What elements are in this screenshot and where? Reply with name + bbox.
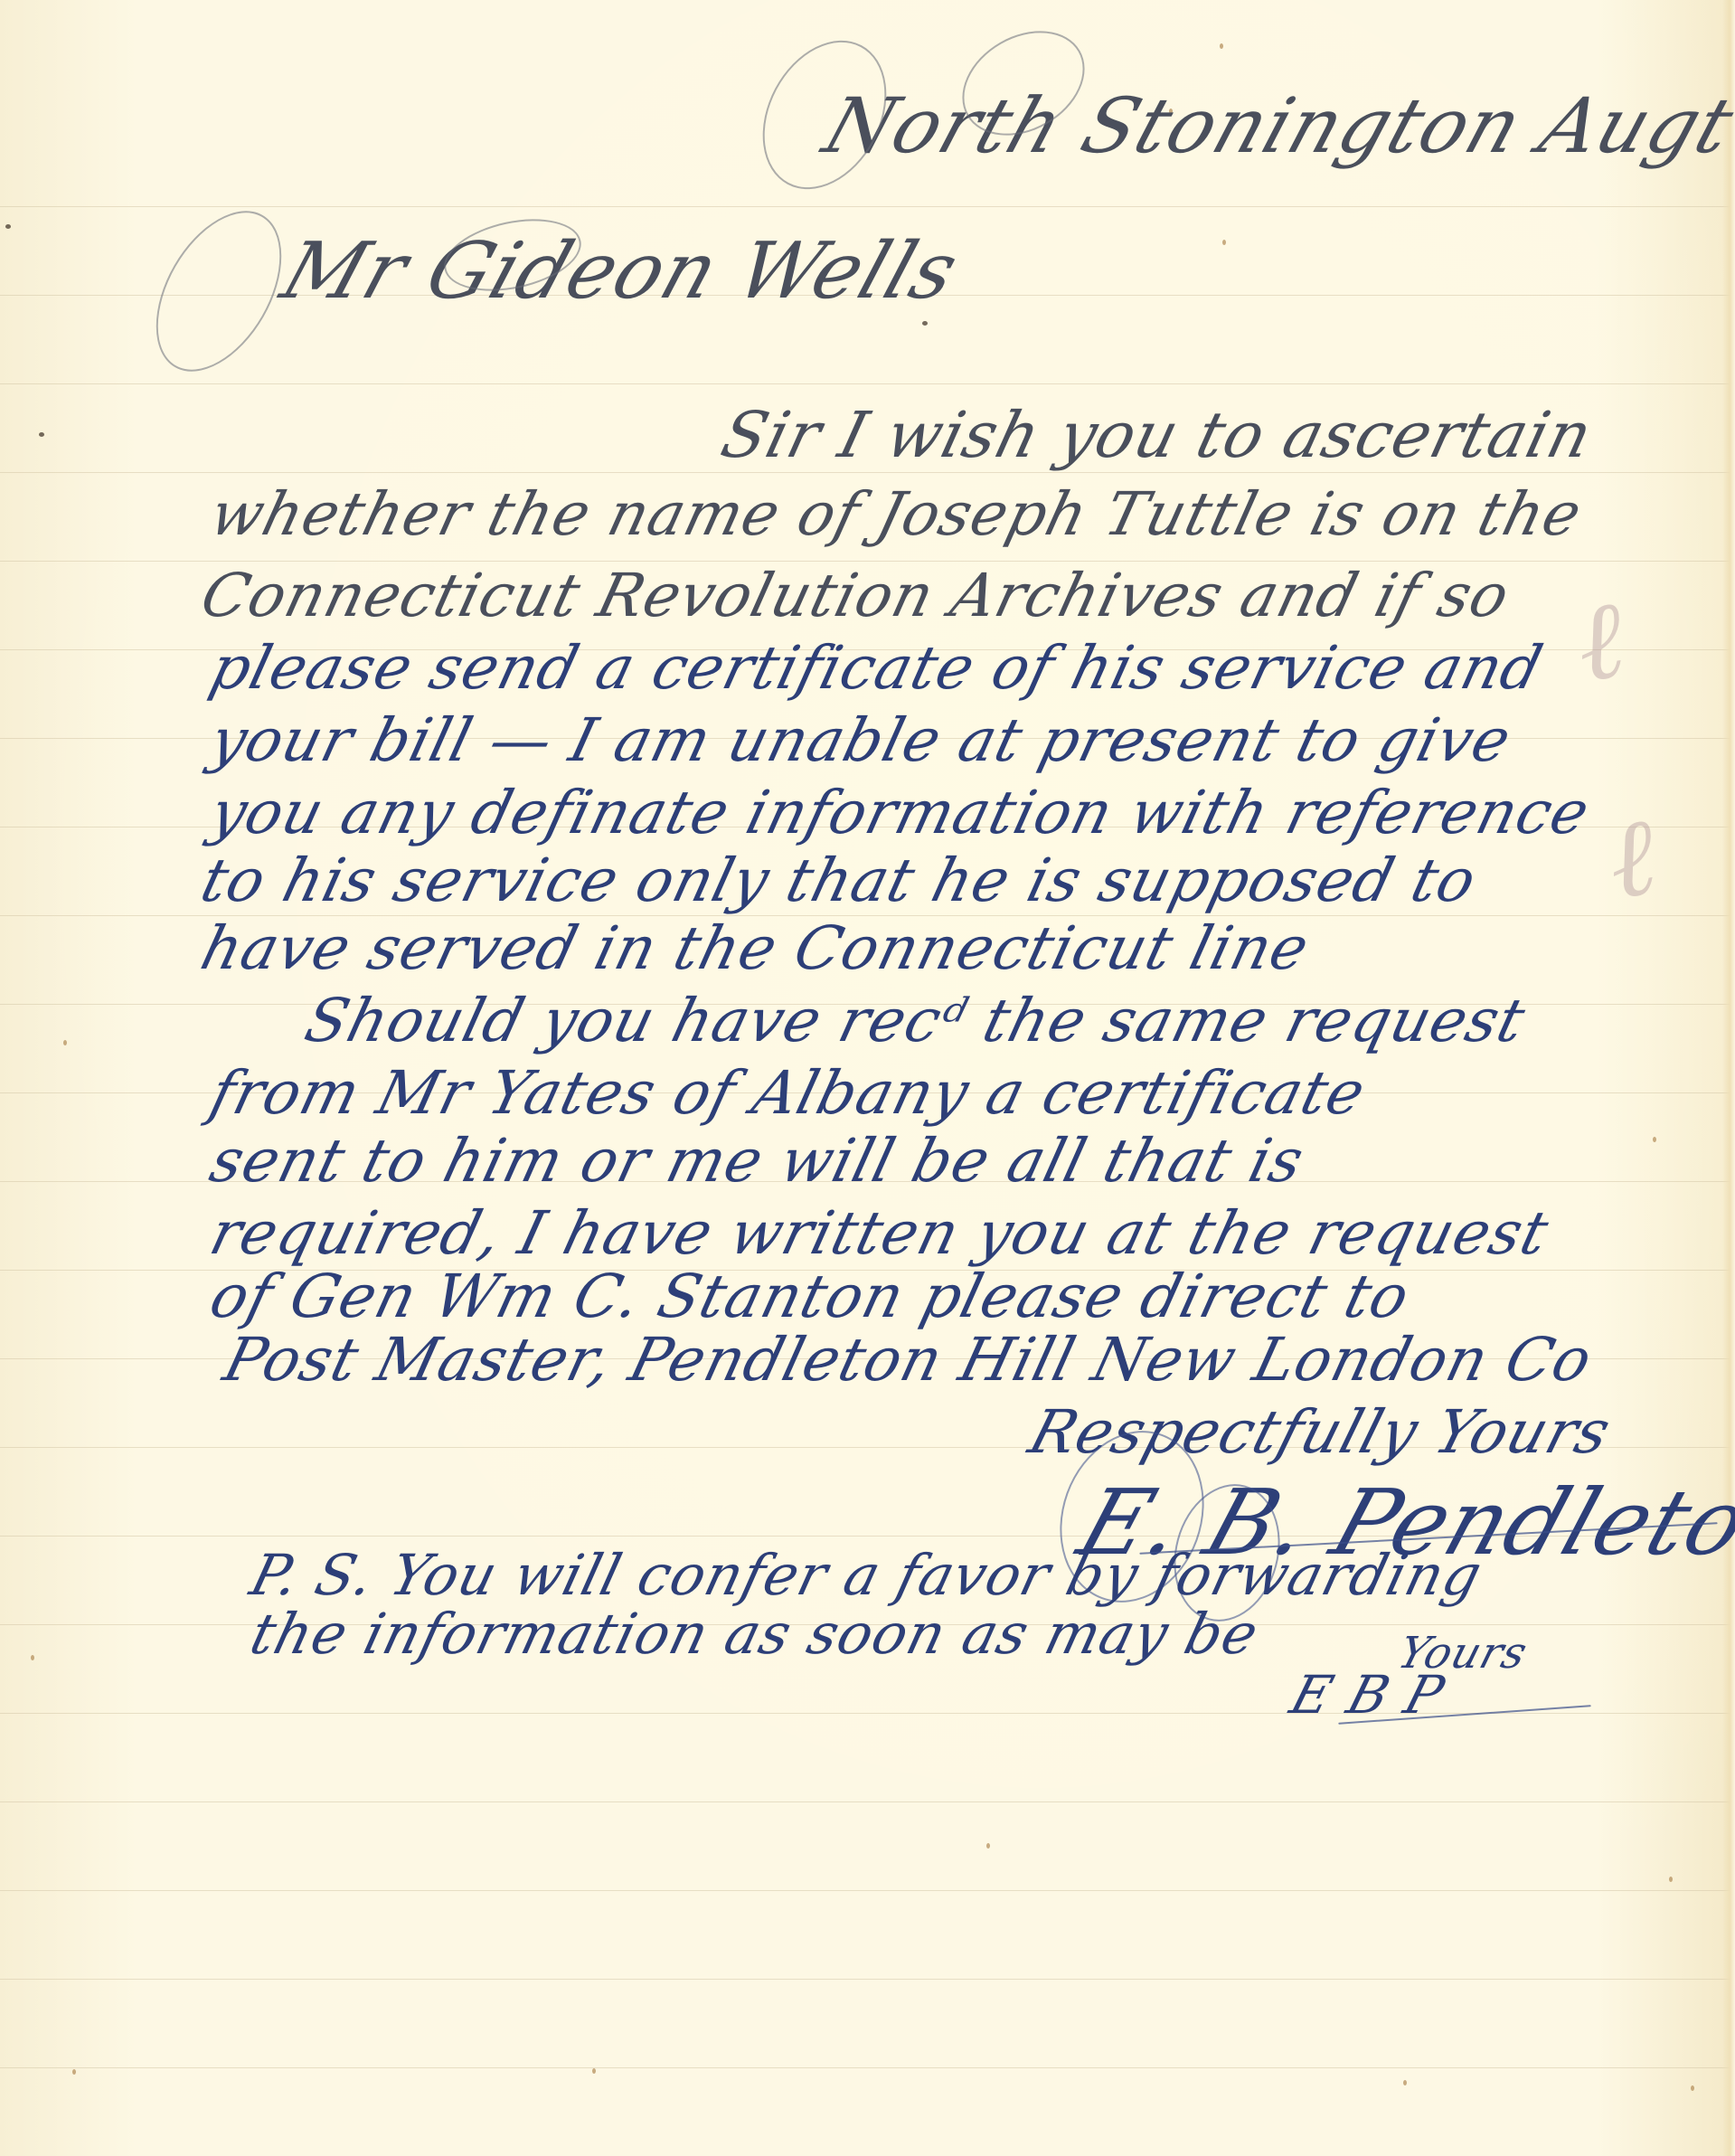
- body-line: Post Master, Pendleton Hill New London C…: [217, 1325, 1599, 1395]
- body-line: please send a certificate of his service…: [203, 633, 1550, 703]
- body-line: have served in the Connecticut line: [194, 913, 1316, 983]
- body-line: from Mr Yates of Albany a certificate: [203, 1058, 1372, 1128]
- postscript-line: P. S. You will confer a favor by forward…: [244, 1542, 1489, 1608]
- body-line: Sir I wish you to ascertain: [714, 398, 1600, 472]
- body-line: of Gen Wm C. Stanton please direct to: [203, 1262, 1417, 1331]
- body-line: you any definate information with refere…: [203, 778, 1597, 847]
- dateline: North Stonington Augt 9th 1842: [814, 81, 1735, 170]
- body-line: Connecticut Revolution Archives and if s…: [194, 561, 1517, 630]
- salutation: Mr Gideon Wells: [271, 226, 969, 317]
- body-line: sent to him or me will be all that is: [203, 1126, 1311, 1196]
- body-line: required, I have written you at the requ…: [203, 1198, 1556, 1268]
- body-line: to his service only that he is supposed …: [194, 846, 1484, 915]
- paper-edge: [1722, 0, 1735, 2156]
- body-line: your bill — I am unable at present to gi…: [203, 705, 1518, 775]
- body-line: Should you have recᵈ the same request: [298, 986, 1532, 1055]
- postscript-line: the information as soon as may be: [244, 1601, 1266, 1667]
- body-line: whether the name of Joseph Tuttle is on …: [203, 479, 1589, 549]
